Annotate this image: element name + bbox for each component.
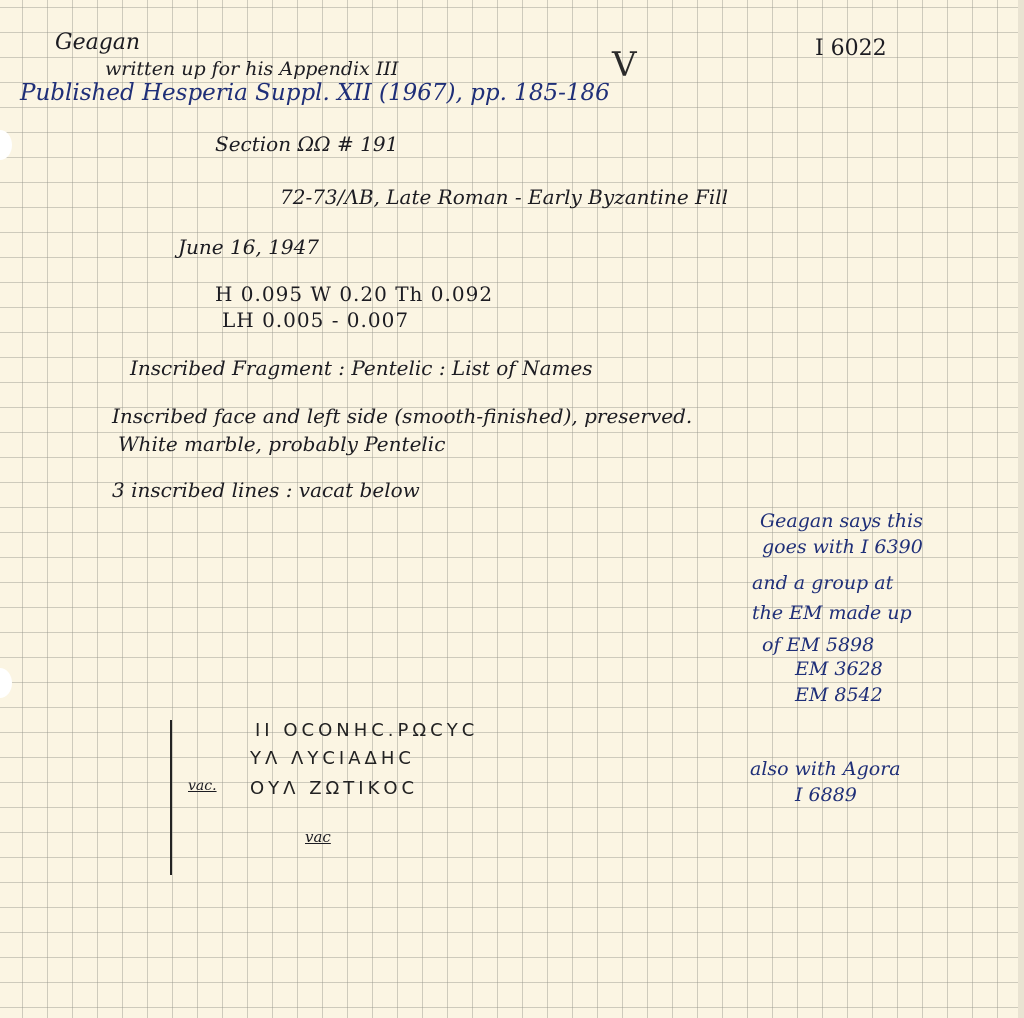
punch-hole-bottom xyxy=(0,668,12,698)
transcription-line-1: ΙΙ ΟϹΟΝΗϹ.ΡΩϹΥϹ xyxy=(255,720,478,741)
description-line-2: White marble, probably Pentelic xyxy=(118,432,445,456)
catalog-number: I 6022 xyxy=(815,36,887,61)
margin-note-line-7: EM 8542 xyxy=(795,684,883,706)
margin-note-line-9: I 6889 xyxy=(795,784,857,806)
description-title: Inscribed Fragment : Pentelic : List of … xyxy=(130,356,593,380)
publication-reference: Published Hesperia Suppl. XII (1967), pp… xyxy=(20,80,610,106)
letter-height: LH 0.005 - 0.007 xyxy=(222,308,409,332)
inscription-left-edge-line xyxy=(170,720,172,875)
paper-edge xyxy=(1018,0,1024,1018)
transcription-line-3: ΟΥΛ ΖΩΤΙΚΟϹ xyxy=(250,778,418,799)
margin-note-line-5: of EM 5898 xyxy=(762,634,874,656)
find-location: 72-73/ΛB, Late Roman - Early Byzantine F… xyxy=(280,185,728,209)
written-up-note: written up for his Appendix III xyxy=(105,58,398,80)
transcription-vacat-below: vac xyxy=(305,828,331,846)
author-name: Geagan xyxy=(55,30,140,55)
margin-note-line-1: Geagan says this xyxy=(760,510,923,532)
inscribed-lines-note: 3 inscribed lines : vacat below xyxy=(112,478,420,502)
margin-note-line-6: EM 3628 xyxy=(795,658,883,680)
transcription-vacat-marker: vac. xyxy=(188,778,217,794)
margin-note-line-2: goes with I 6390 xyxy=(762,536,923,558)
punch-hole-top xyxy=(0,130,12,160)
margin-note-line-3: and a group at xyxy=(752,572,893,594)
section-number: Section ΩΩ # 191 xyxy=(215,132,398,156)
find-date: June 16, 1947 xyxy=(178,235,319,259)
roman-numeral-mark: V xyxy=(612,45,637,85)
description-line-1: Inscribed face and left side (smooth-fin… xyxy=(112,404,692,428)
margin-note-line-4: the EM made up xyxy=(752,602,912,624)
margin-note-line-8: also with Agora xyxy=(750,758,901,780)
transcription-line-2: ΥΛ ΛΥϹΙΑΔΗϹ xyxy=(250,748,415,769)
dimensions: H 0.095 W 0.20 Th 0.092 xyxy=(215,282,493,306)
